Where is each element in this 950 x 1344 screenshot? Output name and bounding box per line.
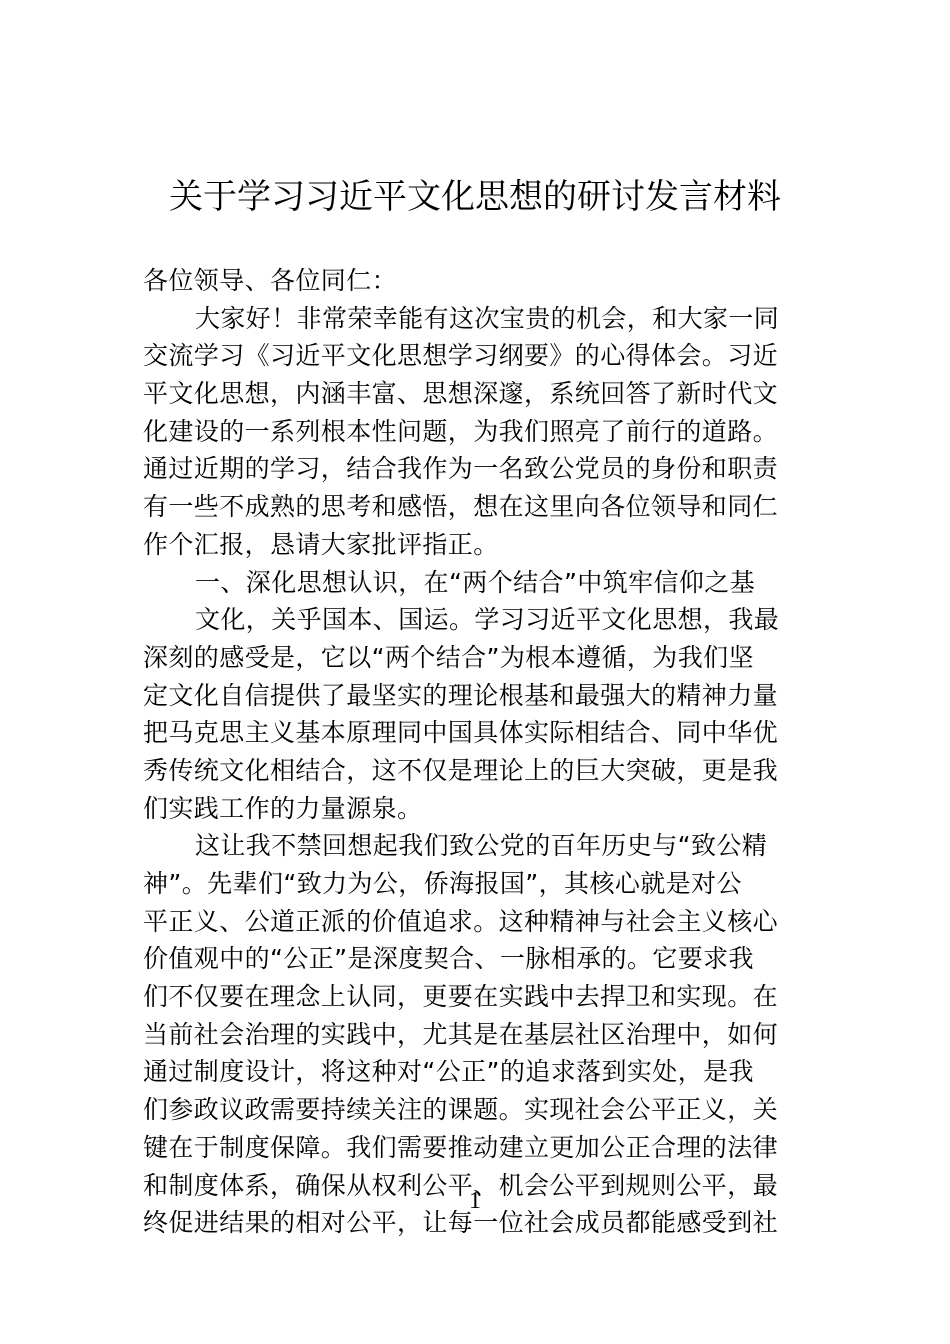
salutation-line: 各位领导、各位同仁： — [143, 262, 807, 300]
paragraph-line: 通过近期的学习，结合我作为一名致公党员的身份和职责 — [143, 450, 807, 488]
paragraph-line: 平文化思想，内涵丰富、思想深邃，系统回答了新时代文 — [143, 375, 807, 413]
document-body: 各位领导、各位同仁： 大家好！非常荣幸能有这次宝贵的机会，和大家一同 交流学习《… — [143, 262, 807, 1242]
paragraph-line: 键在于制度保障。我们需要推动建立更加公正合理的法律 — [143, 1129, 807, 1167]
document-title: 关于学习习近平文化思想的研讨发言材料 — [0, 172, 950, 222]
paragraph-line: 把马克思主义基本原理同中国具体实际相结合、同中华优 — [143, 714, 807, 752]
paragraph-line: 交流学习《习近平文化思想学习纲要》的心得体会。习近 — [143, 337, 807, 375]
document-page: 关于学习习近平文化思想的研讨发言材料 各位领导、各位同仁： 大家好！非常荣幸能有… — [0, 0, 950, 1344]
paragraph-line: 文化，关乎国本、国运。学习习近平文化思想，我最 — [143, 601, 807, 639]
paragraph-line: 秀传统文化相结合，这不仅是理论上的巨大突破，更是我 — [143, 752, 807, 790]
paragraph-line: 大家好！非常荣幸能有这次宝贵的机会，和大家一同 — [143, 300, 807, 338]
paragraph-line: 定文化自信提供了最坚实的理论根基和最强大的精神力量 — [143, 677, 807, 715]
paragraph-line: 当前社会治理的实践中，尤其是在基层社区治理中，如何 — [143, 1016, 807, 1054]
page-number: 1 — [0, 1186, 950, 1216]
paragraph-line: 深刻的感受是，它以“两个结合”为根本遵循，为我们坚 — [143, 639, 807, 677]
section-heading: 一、深化思想认识，在“两个结合”中筑牢信仰之基 — [143, 564, 807, 602]
paragraph-line: 作个汇报，恳请大家批评指正。 — [143, 526, 807, 564]
paragraph-line: 们实践工作的力量源泉。 — [143, 790, 807, 828]
paragraph-line: 神”。先辈们“致力为公，侨海报国”，其核心就是对公 — [143, 865, 807, 903]
paragraph-line: 通过制度设计，将这种对“公正”的追求落到实处，是我 — [143, 1053, 807, 1091]
paragraph-line: 这让我不禁回想起我们致公党的百年历史与“致公精 — [143, 827, 807, 865]
paragraph-line: 价值观中的“公正”是深度契合、一脉相承的。它要求我 — [143, 940, 807, 978]
paragraph-line: 有一些不成熟的思考和感悟，想在这里向各位领导和同仁 — [143, 488, 807, 526]
paragraph-line: 平正义、公道正派的价值追求。这种精神与社会主义核心 — [143, 903, 807, 941]
paragraph-line: 们参政议政需要持续关注的课题。实现社会公平正义，关 — [143, 1091, 807, 1129]
paragraph-line: 化建设的一系列根本性问题，为我们照亮了前行的道路。 — [143, 413, 807, 451]
paragraph-line: 们不仅要在理念上认同，更要在实践中去捍卫和实现。在 — [143, 978, 807, 1016]
